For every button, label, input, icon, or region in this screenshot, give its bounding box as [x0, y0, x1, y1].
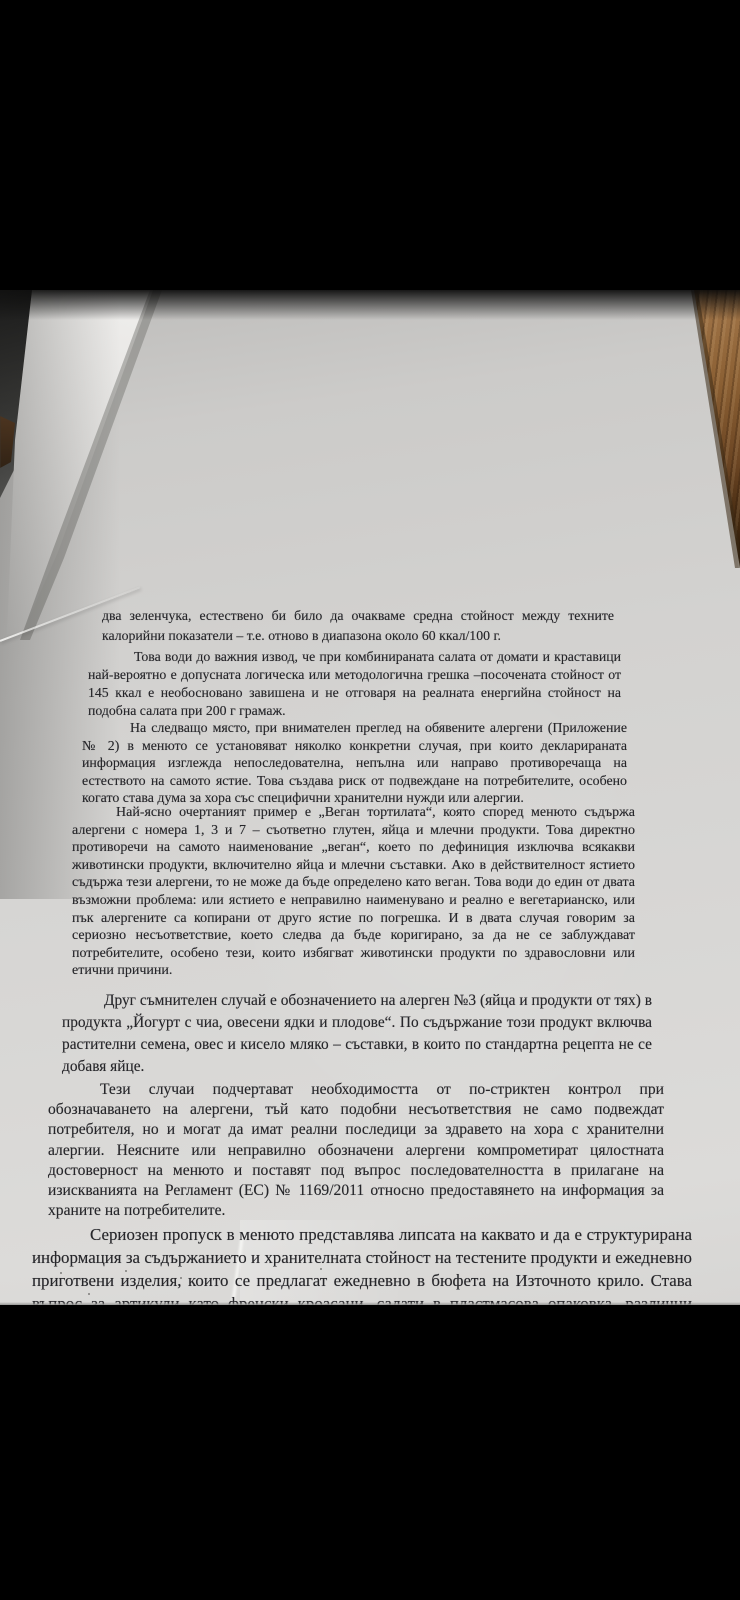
paragraph: Тези случаи подчертават необходимостта о…: [48, 1080, 664, 1221]
document-photo: два зеленчука, естествено би било да оча…: [0, 290, 740, 1305]
letterbox-bottom: [0, 1305, 740, 1600]
paragraph: Друг съмнителен случай е обозначението н…: [62, 990, 652, 1078]
paragraph: Най-ясно очертаният пример е „Веган торт…: [72, 804, 635, 980]
paragraph: На следващо място, при внимателен прегле…: [82, 720, 627, 808]
paragraph: Сериозен пропуск в менюто представлява л…: [32, 1223, 692, 1305]
letterbox-top: [0, 0, 740, 290]
paragraph: Това води до важния извод, че при комбин…: [88, 648, 621, 720]
photo-viewer: два зеленчука, естествено би било да оча…: [0, 0, 740, 1600]
document-page: два зеленчука, естествено би било да оча…: [0, 290, 740, 1305]
paragraph-continuation: два зеленчука, естествено би било да оча…: [102, 606, 614, 645]
